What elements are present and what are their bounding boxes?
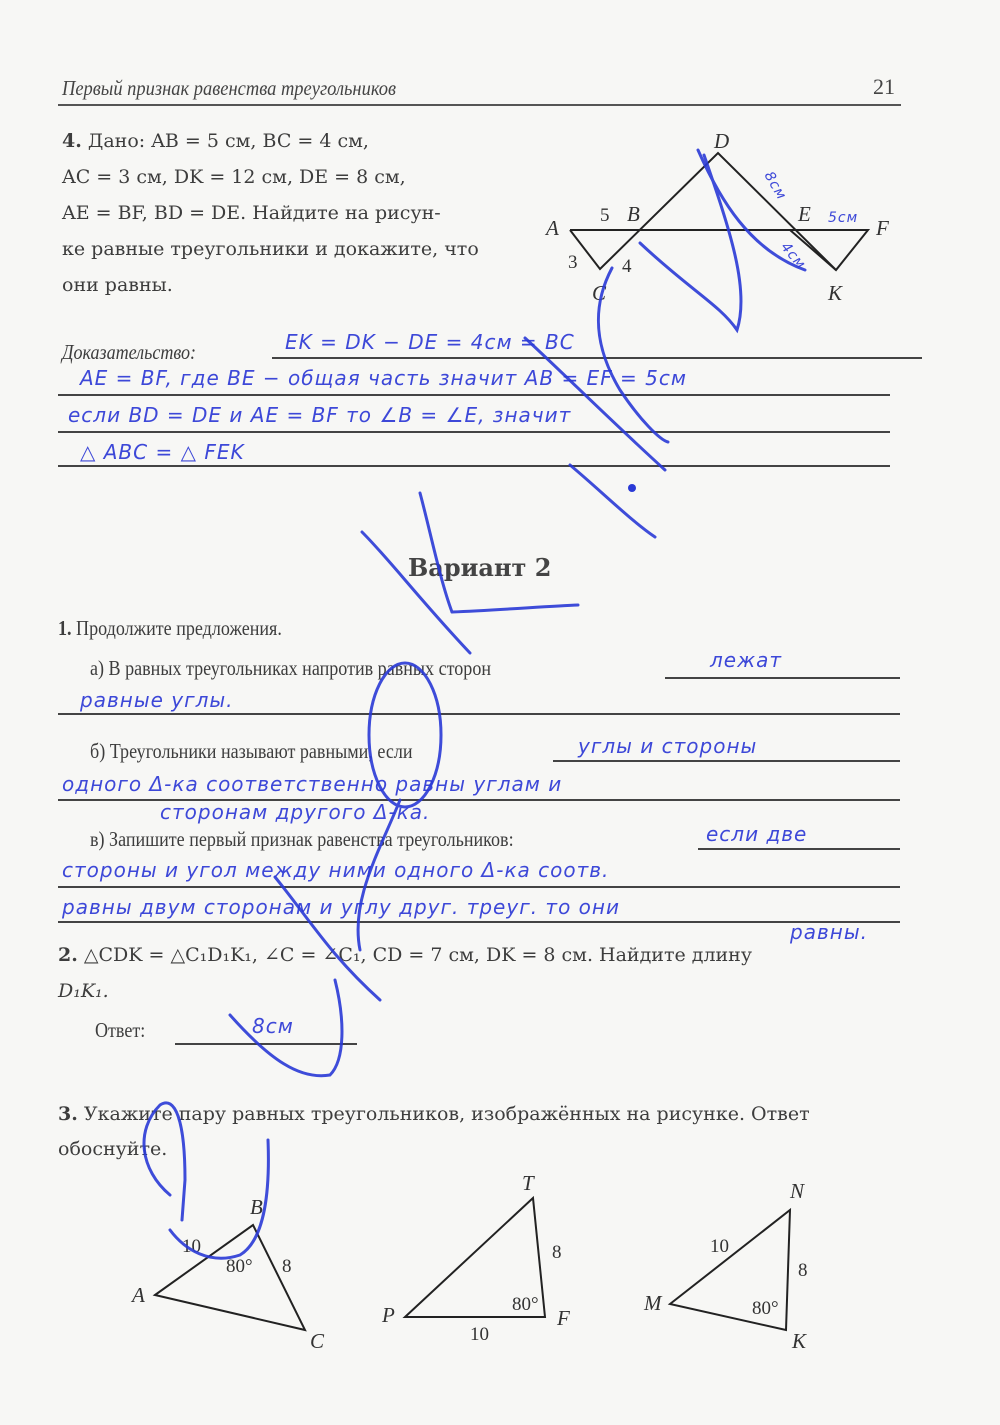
scribble-loop-mid [230, 980, 342, 1076]
pen-scribble-overlay [0, 0, 1000, 1425]
scribble-ellipse [369, 663, 441, 807]
pen-dot [628, 484, 636, 492]
scribble-loop-bottom [144, 1103, 185, 1220]
scribble-stroke-4 [570, 465, 655, 537]
scribble-loop-top [640, 155, 741, 330]
scribble-stroke-1 [698, 150, 805, 270]
scribble-stroke-7 [452, 605, 578, 612]
scribble-stroke-8 [358, 800, 400, 950]
scribble-stroke-6 [420, 493, 452, 612]
scribble-stroke-9 [275, 877, 380, 1000]
scribble-stroke-5 [362, 532, 470, 653]
scribble-stroke-3 [525, 338, 665, 470]
